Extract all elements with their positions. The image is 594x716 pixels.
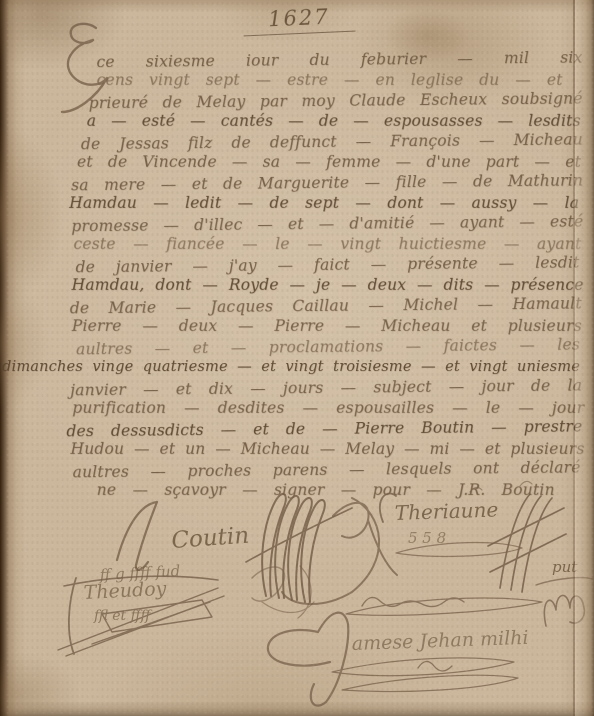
signature-dames-group: amese Jehan milhi [268, 595, 584, 705]
flourish-lead-curve [380, 494, 396, 522]
lower-cigar-2 [342, 675, 518, 691]
signature-theudoy-group: Theudoy ffl et ffff [58, 576, 224, 656]
signature-name-coutin: Coutin [171, 523, 250, 554]
lower-cigar-1 [332, 658, 514, 676]
cigar-zigzag [418, 661, 452, 671]
grand-d-initial [268, 613, 348, 706]
paraph-tall-strokes [246, 494, 352, 602]
signature-theriaune-group: Theriaune 5 5 8 put [380, 481, 592, 592]
manuscript-page: 1627 ce sixiesme iour du feburier — mil … [0, 0, 594, 716]
signature-name-dames: amese Jehan milhi [351, 627, 528, 655]
upper-cigar [346, 598, 542, 615]
signature-name-theudoy: Theudoy [83, 578, 167, 604]
signature-name-theriaune: Theriaune [394, 497, 498, 525]
ink-flourishes-layer: Coutin ff g ffff fud Theudoy ffl et ffff [0, 0, 594, 716]
flourish-v-initial [117, 502, 157, 570]
page-outer-edge [575, 0, 594, 716]
small-top-marks [470, 481, 532, 492]
flourish-bracket [69, 578, 76, 654]
opening-paraph-mark [62, 24, 107, 112]
